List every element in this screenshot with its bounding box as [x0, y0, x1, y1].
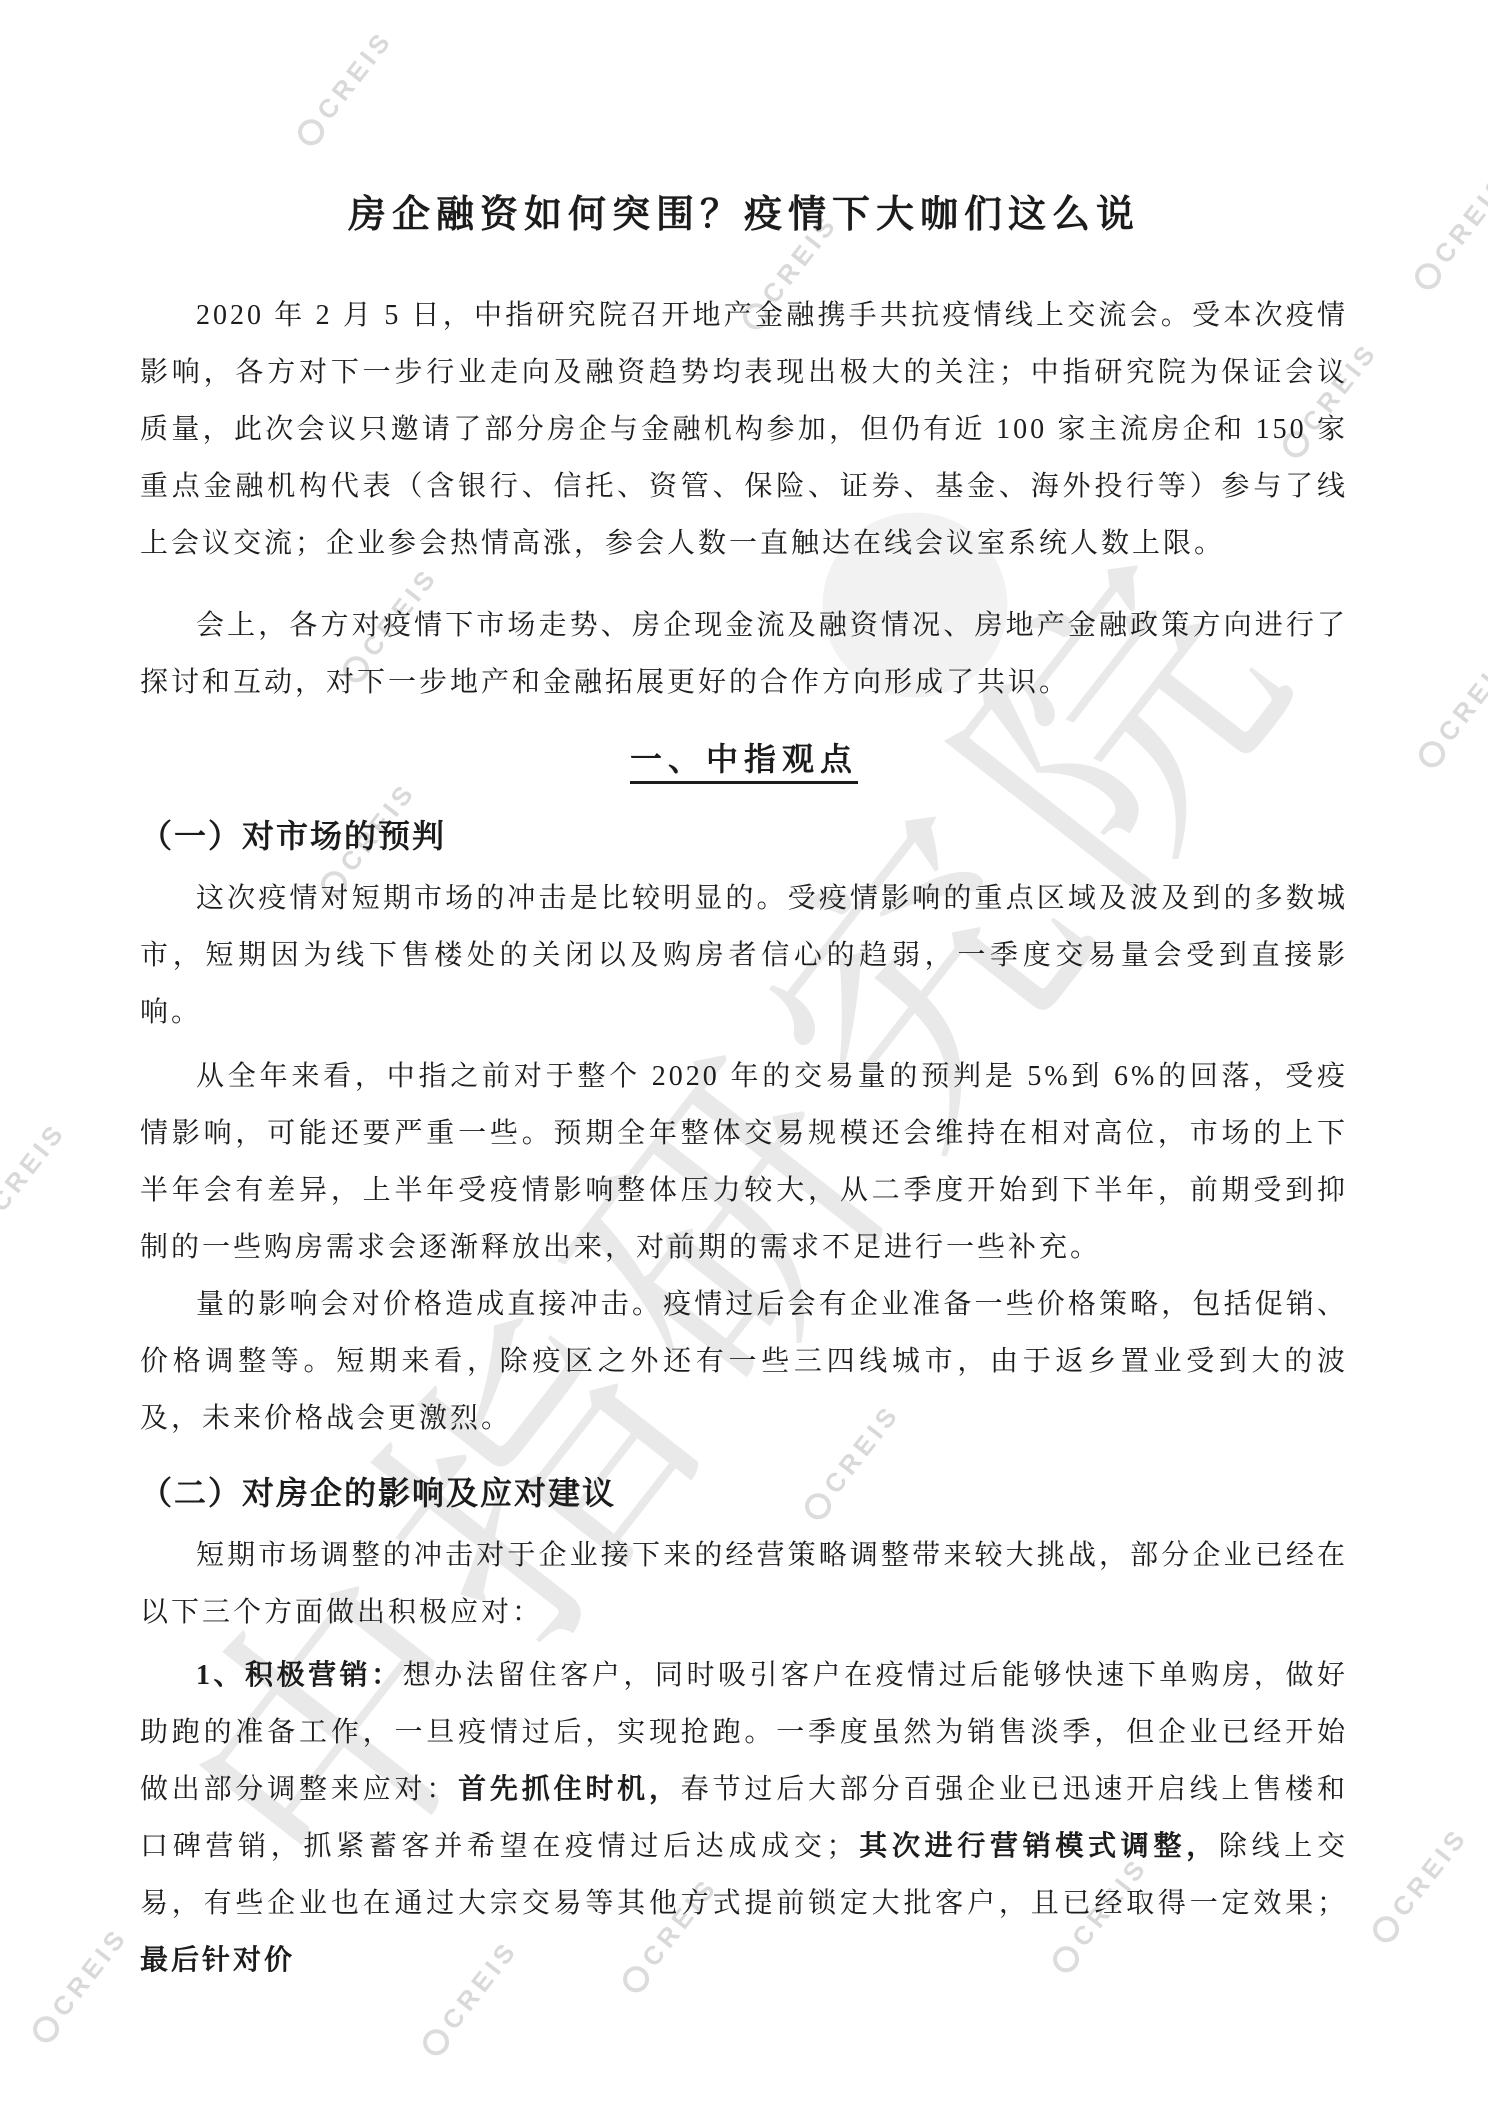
creis-watermark-label: CREIS — [311, 24, 400, 125]
creis-watermark: CREIS — [290, 24, 399, 151]
creis-logo-icon — [292, 114, 328, 150]
paragraph-intro-1: 2020 年 2 月 5 日，中指研究院召开地产金融携手共抗疫情线上交流会。受本… — [140, 287, 1348, 572]
section-heading-zhongzhi-viewpoint: 一、中指观点 — [140, 734, 1348, 784]
creis-logo-icon — [27, 2011, 63, 2047]
paragraph-developer-2: 1、积极营销：想办法留住客户，同时吸引客户在疫情过后能够快速下单购房，做好助跑的… — [140, 1647, 1348, 1989]
creis-logo-icon — [417, 2024, 453, 2060]
bold-run-marketing-mode: 其次进行营销模式调整， — [858, 1831, 1219, 1862]
subsection-heading-market-forecast: （一）对市场的预判 — [140, 811, 1348, 861]
section-heading-underline-text: 一、中指观点 — [630, 741, 858, 784]
bold-run-active-marketing: 1、积极营销： — [196, 1660, 403, 1691]
paragraph-market-3: 量的影响会对价格造成直接冲击。疫情过后会有企业准备一些价格策略，包括促销、价格调… — [140, 1276, 1348, 1447]
document-title: 房企融资如何突围？疫情下大咖们这么说 — [140, 186, 1348, 244]
subsection-heading-developer-advice: （二）对房企的影响及应对建议 — [140, 1468, 1348, 1518]
bold-run-seize-timing: 首先抓住时机， — [458, 1774, 681, 1805]
document-page: 中指研究院 CREISCREISCREISCREISCREISCREISCREI… — [0, 0, 1488, 2104]
document-content: 房企融资如何突围？疫情下大咖们这么说 2020 年 2 月 5 日，中指研究院召… — [0, 186, 1488, 1989]
bold-run-finally-price: 最后针对价 — [140, 1945, 295, 1976]
paragraph-market-2: 从全年来看，中指之前对于整个 2020 年的交易量的预判是 5%到 6%的回落，… — [140, 1048, 1348, 1276]
paragraph-intro-2: 会上，各方对疫情下市场走势、房企现金流及融资情况、房地产金融政策方向进行了探讨和… — [140, 597, 1348, 711]
paragraph-developer-1: 短期市场调整的冲击对于企业接下来的经营策略调整带来较大挑战，部分企业已经在以下三… — [140, 1527, 1348, 1641]
paragraph-market-1: 这次疫情对短期市场的冲击是比较明显的。受疫情影响的重点区域及波及到的多数城市，短… — [140, 870, 1348, 1041]
